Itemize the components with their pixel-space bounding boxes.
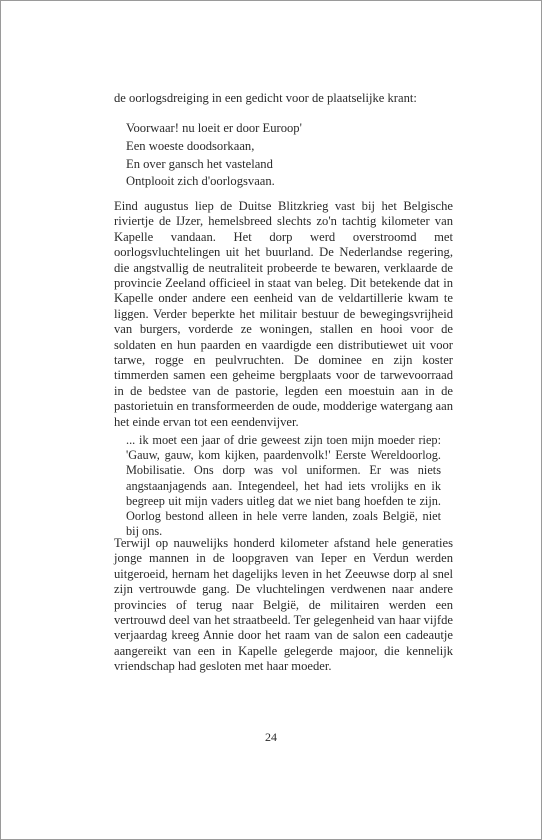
poem-line: En over gansch het vasteland [126,156,426,174]
poem-line: Ontplooit zich d'oorlogsvaan. [126,173,426,191]
book-page: de oorlogsdreiging in een gedicht voor d… [0,0,542,840]
paragraph-1: Eind augustus liep de Duitse Blitzkrieg … [114,199,453,430]
poem: Voorwaar! nu loeit er door Euroop' Een w… [126,120,426,191]
block-quote: ... ik moet een jaar of drie geweest zij… [126,433,441,539]
poem-line: Voorwaar! nu loeit er door Euroop' [126,120,426,138]
intro-line: de oorlogsdreiging in een gedicht voor d… [114,90,454,106]
page-number: 24 [1,730,541,745]
poem-line: Een woeste doodsorkaan, [126,138,426,156]
paragraph-3: Terwijl op nauwelijks honderd kilometer … [114,536,453,675]
